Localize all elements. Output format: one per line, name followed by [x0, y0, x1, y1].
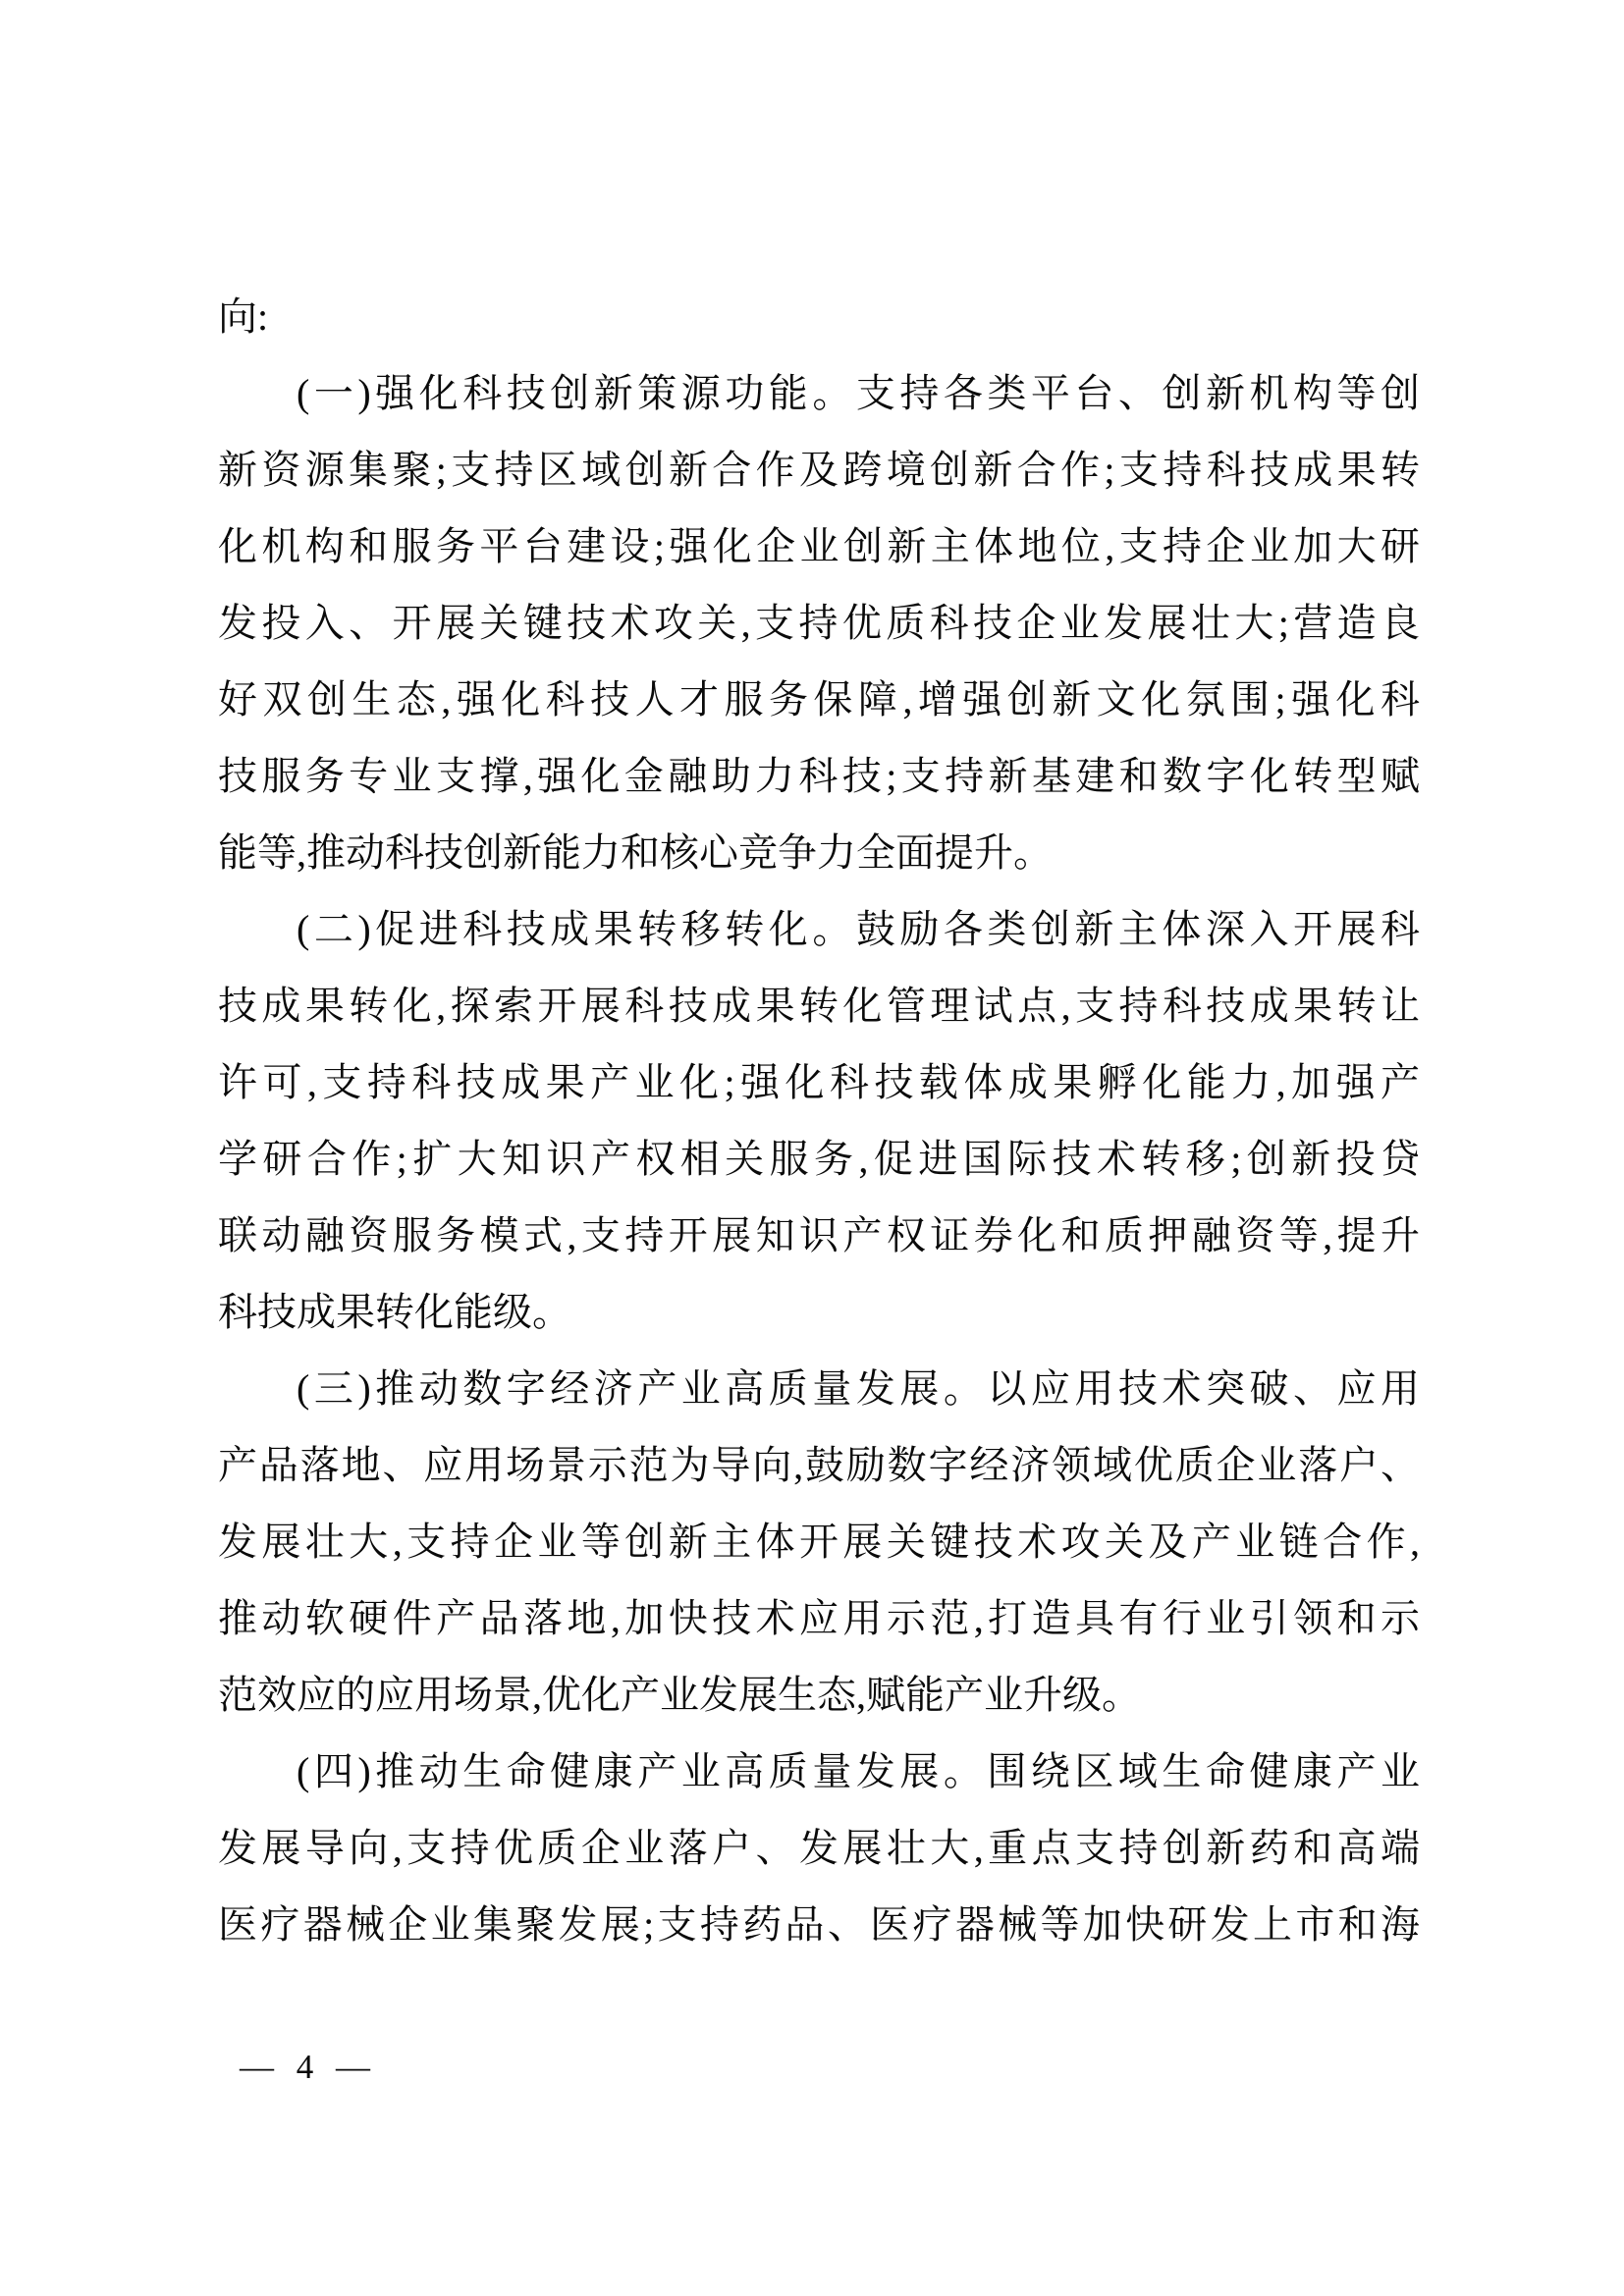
- page-number: — 4 —: [240, 2048, 372, 2086]
- paragraphs-container: (一)强化科技创新策源功能。支持各类平台、创新机构等创新资源集聚;支持区域创新合…: [218, 355, 1420, 1963]
- document-page: 向: (一)强化科技创新策源功能。支持各类平台、创新机构等创新资源集聚;支持区域…: [0, 0, 1624, 2296]
- continuation-line: 向:: [218, 279, 1420, 355]
- page-footer: — 4 —: [240, 2044, 372, 2091]
- text-line: 发展壮大,支持企业等创新主体开展关键技术攻关及产业链合作,: [218, 1504, 1420, 1580]
- text-line: 技服务专业支撑,强化金融助力科技;支持新基建和数字化转型赋: [218, 738, 1420, 815]
- text-line: 产品落地、应用场景示范为导向,鼓励数字经济领域优质企业落户、: [218, 1427, 1420, 1504]
- text-line: 医疗器械企业集聚发展;支持药品、医疗器械等加快研发上市和海: [218, 1887, 1420, 1963]
- text-line: 化机构和服务平台建设;强化企业创新主体地位,支持企业加大研: [218, 508, 1420, 585]
- body-text: 向: (一)强化科技创新策源功能。支持各类平台、创新机构等创新资源集聚;支持区域…: [218, 279, 1420, 1963]
- text-line: (二)促进科技成果转移转化。鼓励各类创新主体深入开展科: [218, 891, 1420, 968]
- text-line: 技成果转化,探索开展科技成果转化管理试点,支持科技成果转让: [218, 968, 1420, 1044]
- text-line: 发展导向,支持优质企业落户、发展壮大,重点支持创新药和高端: [218, 1810, 1420, 1887]
- text-line: 新资源集聚;支持区域创新合作及跨境创新合作;支持科技成果转: [218, 432, 1420, 508]
- text-line: 能等,推动科技创新能力和核心竞争力全面提升。: [218, 815, 1420, 891]
- text-line: 范效应的应用场景,优化产业发展生态,赋能产业升级。: [218, 1657, 1420, 1734]
- text-line: (三)推动数字经济产业高质量发展。以应用技术突破、应用: [218, 1351, 1420, 1427]
- text-line: 学研合作;扩大知识产权相关服务,促进国际技术转移;创新投贷: [218, 1121, 1420, 1198]
- text-line: 联动融资服务模式,支持开展知识产权证券化和质押融资等,提升: [218, 1198, 1420, 1274]
- text-line: 发投入、开展关键技术攻关,支持优质科技企业发展壮大;营造良: [218, 585, 1420, 662]
- text-line: 许可,支持科技成果产业化;强化科技载体成果孵化能力,加强产: [218, 1044, 1420, 1121]
- text-line: 科技成果转化能级。: [218, 1274, 1420, 1351]
- text-line: 推动软硬件产品落地,加快技术应用示范,打造具有行业引领和示: [218, 1580, 1420, 1657]
- text-line: (一)强化科技创新策源功能。支持各类平台、创新机构等创: [218, 355, 1420, 432]
- text-line: (四)推动生命健康产业高质量发展。围绕区域生命健康产业: [218, 1734, 1420, 1810]
- text-line: 好双创生态,强化科技人才服务保障,增强创新文化氛围;强化科: [218, 662, 1420, 738]
